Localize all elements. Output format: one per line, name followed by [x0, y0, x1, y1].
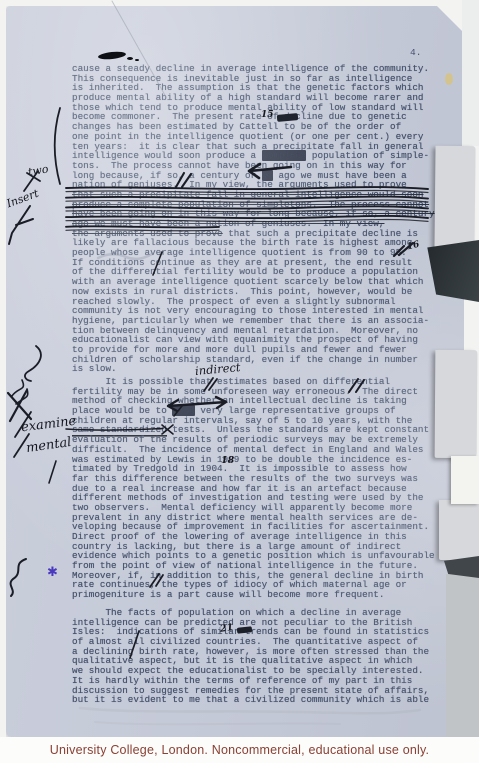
ink-dot — [135, 59, 139, 61]
typed-line: nation of geniuses. In my view, the argu… — [72, 180, 436, 190]
typed-line: ten years: it is clear that such a preci… — [72, 142, 436, 152]
underlying-sheet — [446, 574, 479, 737]
handwritten-ref-15: 15 — [261, 110, 274, 120]
typed-line: same standardized tests. Unless the stan… — [72, 425, 436, 435]
typed-line: method of checking whether an intellectu… — [72, 396, 436, 406]
typed-line: rate continues, the types of idiocy of w… — [72, 580, 436, 590]
typed-line: a declining birth rate, however, is more… — [72, 647, 436, 657]
typed-line: from the point of view of national intel… — [72, 561, 436, 571]
typed-line: Isles: indications of similar trends can… — [72, 627, 436, 637]
typed-line: fertility may be in some unforeseen way … — [72, 387, 436, 397]
typed-line: one point in the intelligence quotient (… — [72, 132, 436, 142]
typed-line: become commoner. The present rate of dec… — [72, 112, 436, 122]
typed-line: It is hardly within the terms of referen… — [72, 676, 436, 686]
page-number: 4. — [410, 48, 421, 58]
typed-line: cause a steady decline in average intell… — [72, 64, 436, 74]
typed-line: Moreover, if, in addition to this, the g… — [72, 571, 436, 581]
typed-line: produce a complete population of simplet… — [72, 200, 436, 210]
footer-caption-bar: University College, London. Noncommercia… — [0, 737, 479, 763]
typed-line: primogeniture is a part cause will becom… — [72, 590, 436, 600]
typed-paragraph-3: The facts of population on which a decli… — [72, 608, 436, 705]
typed-line: evidence which points to a genetic posit… — [72, 551, 436, 561]
typed-line: educationalist can view with equanimity … — [72, 335, 436, 345]
typed-line: far this difference between the results … — [72, 474, 436, 484]
typed-line: likely are fallacious because the birth … — [72, 238, 436, 248]
typed-line: discussion to suggest remedies for the p… — [72, 686, 436, 696]
typed-line: two observers. Mental deficiency will ap… — [72, 503, 436, 513]
typed-line: Direct proof of the lowering of average … — [72, 532, 436, 542]
typed-line: different methods of investigation and t… — [72, 493, 436, 503]
typed-line: timated by Tredgold in 1904. It is impos… — [72, 464, 436, 474]
typed-line: that such a precipitate fall in general … — [72, 190, 436, 200]
typed-line: children at regular intervals, say of 5 … — [72, 416, 436, 426]
typed-line: the arguments used to prove that such a … — [72, 229, 436, 239]
typed-line: country is lacking, but there is a large… — [72, 542, 436, 552]
typed-paragraph-2: It is possible that estimates based on d… — [72, 377, 436, 600]
handwritten-ref-18: 18 — [221, 455, 234, 466]
typed-line: tons. The process cannot have been going… — [72, 161, 436, 171]
typed-line: It is possible that estimates based on d… — [72, 377, 436, 387]
typed-line: long because, if so, a century or so ago… — [72, 171, 436, 181]
typed-line: If conditions continue as they are at pr… — [72, 258, 436, 268]
typed-line: to provide for more and more dull pupils… — [72, 345, 436, 355]
paper-tab — [439, 500, 479, 560]
handwritten-ref-21: 21 — [219, 622, 234, 635]
blue-asterisk-mark: ✱ — [47, 565, 58, 580]
typed-line: hygiene, particularly when we remember t… — [72, 316, 436, 326]
typed-line: due to a real increase and how far it is… — [72, 484, 436, 494]
typed-line: but it is evident to me that a civilized… — [72, 695, 436, 705]
typed-line: place would be to test very large repres… — [72, 406, 436, 416]
typed-line: intelligence would soon produce a comple… — [72, 151, 436, 161]
typed-line: have been going on in this way for long … — [72, 209, 436, 219]
typed-line: of almost all civilized countries. The q… — [72, 637, 436, 647]
ink-dot — [127, 57, 133, 60]
typed-line: evaluation of the results of periodic su… — [72, 435, 436, 445]
typed-line: people whose average intelligence quotie… — [72, 248, 436, 258]
typed-line: is inherited. The assumption is that the… — [72, 83, 436, 93]
typed-line: changes has been estimated by Cattell to… — [72, 122, 436, 132]
typed-line: is slow. — [72, 364, 436, 374]
typed-line: The facts of population on which a decli… — [72, 608, 436, 618]
backdrop-right-top — [462, 0, 479, 146]
typed-line: reached slowly. The prospect of even a s… — [72, 297, 436, 307]
typed-line: ago we must have been a nation of genius… — [72, 219, 436, 229]
typed-line: with an average intelligence quotient sc… — [72, 277, 436, 287]
typed-line: veloping because of improvement in facil… — [72, 522, 436, 532]
typed-line: prevalent in any district where mental h… — [72, 513, 436, 523]
typed-line: now exists in rural districts. This poin… — [72, 287, 436, 297]
typed-line: children of scholarship standard, even i… — [72, 355, 436, 365]
typed-line: qualitative aspect, but it is the qualit… — [72, 656, 436, 666]
footer-caption: University College, London. Noncommercia… — [50, 743, 429, 757]
typed-line: tion between delinquency and mental reta… — [72, 326, 436, 336]
paper-tab — [434, 146, 475, 250]
typed-line: intelligence can be predicted are not pe… — [72, 618, 436, 628]
typed-paragraph-1: cause a steady decline in average intell… — [72, 64, 436, 374]
tape-stain-spot — [445, 73, 453, 85]
typed-line: produce mental ability of a high standar… — [72, 93, 436, 103]
scanned-document-view: 4. cause a steady decline in average int… — [0, 0, 479, 763]
typed-line: was estimated by Lewis in 1929 to be dou… — [72, 455, 436, 465]
typed-line: community is not very encouraging to tho… — [72, 306, 436, 316]
paper-tab — [435, 350, 478, 458]
paper-tab-white — [451, 456, 479, 504]
typed-line: This consequence is inevitable just in s… — [72, 74, 436, 84]
typed-line: difficult. The incidence of mental defec… — [72, 445, 436, 455]
typed-line: of the differential fertility would be t… — [72, 267, 436, 277]
typed-line: those which tend to produce mental abili… — [72, 103, 436, 113]
typed-line: we should expect the educationalist to b… — [72, 666, 436, 676]
